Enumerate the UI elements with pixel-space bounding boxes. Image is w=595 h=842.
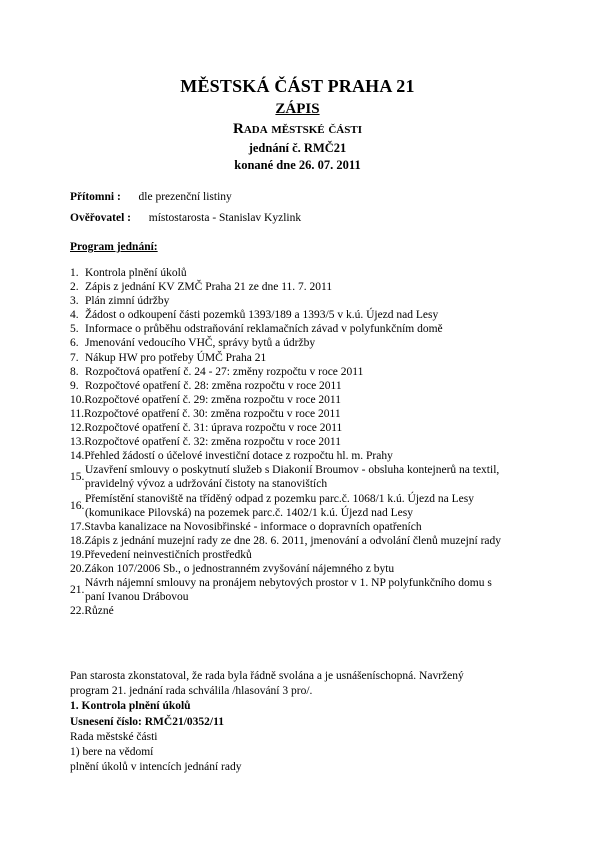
agenda-item-number: 15.: [70, 470, 85, 484]
document-page: MĚSTSKÁ ČÁST PRAHA 21 ZÁPIS Rada městské…: [0, 0, 595, 842]
verifier-value: místostarosta - Stanislav Kyzlink: [149, 212, 301, 224]
agenda-item-text: Rozpočtové opatření č. 32: změna rozpočt…: [84, 436, 341, 448]
agenda-item: 10.Rozpočtové opatření č. 29: změna rozp…: [70, 393, 540, 407]
agenda-item-text: Kontrola plnění úkolů: [85, 267, 187, 279]
agenda-item-number: 3.: [70, 294, 85, 308]
agenda-item-text: Různé: [84, 605, 113, 617]
agenda-item-number: 6.: [70, 336, 85, 350]
resolution-point-text: plnění úkolů v intencích jednání rady: [70, 760, 540, 775]
agenda-item-number: 8.: [70, 365, 85, 379]
agenda-item-text: Rozpočtová opatření č. 24 - 27: změny ro…: [85, 366, 363, 378]
agenda-item-number: 5.: [70, 322, 85, 336]
program-heading: Program jednání:: [70, 240, 158, 254]
agenda-item-text: Zápis z jednání KV ZMČ Praha 21 ze dne 1…: [85, 281, 332, 293]
agenda-item: 8.Rozpočtová opatření č. 24 - 27: změny …: [70, 365, 540, 379]
agenda-item-number: 1.: [70, 266, 85, 280]
agenda-item-number: 7.: [70, 351, 85, 365]
agenda-item: 16.Přemístění stanoviště na tříděný odpa…: [70, 492, 540, 520]
agenda-item: 4.Žádost o odkoupení části pozemků 1393/…: [70, 308, 540, 322]
agenda-item-text: (komunikace Pilovská) na pozemek parc.č.…: [85, 506, 474, 520]
agenda-item-text: Stavba kanalizace na Novosibřinské - inf…: [84, 521, 421, 533]
agenda-item: 5.Informace o průběhu odstraňování rekla…: [70, 322, 540, 336]
agenda-item-number: 2.: [70, 280, 85, 294]
agenda-item-text: Přehled žádostí o účelové investiční dot…: [84, 450, 393, 462]
agenda-item: 21.Návrh nájemní smlouvy na pronájem neb…: [70, 576, 540, 604]
agenda-item-number: 22.: [70, 604, 84, 618]
agenda-item-text: paní Ivanou Drábovou: [85, 590, 492, 604]
agenda-item-text: Žádost o odkoupení části pozemků 1393/18…: [85, 309, 438, 321]
agenda-item: 18.Zápis z jednání muzejní rady ze dne 2…: [70, 534, 540, 548]
agenda-item-text: Informace o průběhu odstraňování reklama…: [85, 323, 443, 335]
agenda-item-number: 17.: [70, 520, 84, 534]
agenda-item: 3.Plán zimní údržby: [70, 294, 540, 308]
resolution-point: 1) bere na vědomí: [70, 745, 540, 760]
agenda-item-text: Uzavření smlouvy o poskytnutí služeb s D…: [85, 463, 499, 477]
agenda-item-text: Rozpočtové opatření č. 29: změna rozpočt…: [84, 394, 341, 406]
meeting-number: jednání č. RMČ21: [0, 141, 595, 156]
section-title: 1. Kontrola plnění úkolů: [70, 699, 540, 714]
council-label: Rada městské části: [70, 730, 540, 745]
agenda-item-text: Nákup HW pro potřeby ÚMČ Praha 21: [85, 352, 266, 364]
agenda-list: 1.Kontrola plnění úkolů2.Zápis z jednání…: [70, 266, 540, 618]
council-heading: Rada městské části: [0, 121, 595, 138]
verifier-row: Ověřovatel : místostarosta - Stanislav K…: [70, 211, 301, 225]
minutes-body: Pan starosta zkonstatoval, že rada byla …: [70, 669, 540, 775]
agenda-item: 9.Rozpočtové opatření č. 28: změna rozpo…: [70, 379, 540, 393]
document-title: MĚSTSKÁ ČÁST PRAHA 21: [0, 76, 595, 97]
agenda-item-number: 4.: [70, 308, 85, 322]
agenda-item: 1.Kontrola plnění úkolů: [70, 266, 540, 280]
agenda-item-number: 10.: [70, 393, 84, 407]
agenda-item-number: 21.: [70, 583, 85, 597]
agenda-item-text: Přemístění stanoviště na tříděný odpad z…: [85, 492, 474, 506]
agenda-item-number: 14.: [70, 449, 84, 463]
present-row: Přítomni : dle prezenční listiny: [70, 190, 232, 204]
agenda-item-text: Zákon 107/2006 Sb., o jednostranném zvyš…: [84, 563, 394, 575]
agenda-item-text: Převedení neinvestičních prostředků: [84, 549, 251, 561]
verifier-label: Ověřovatel :: [70, 212, 131, 224]
agenda-item: 14.Přehled žádostí o účelové investiční …: [70, 449, 540, 463]
agenda-item: 7.Nákup HW pro potřeby ÚMČ Praha 21: [70, 351, 540, 365]
agenda-item-text: Plán zimní údržby: [85, 295, 169, 307]
intro-line-1: Pan starosta zkonstatoval, že rada byla …: [70, 669, 540, 684]
agenda-item-number: 12.: [70, 421, 84, 435]
agenda-item: 22.Různé: [70, 604, 540, 618]
agenda-item-number: 20.: [70, 562, 84, 576]
agenda-item-number: 18.: [70, 534, 84, 548]
agenda-item-text: Návrh nájemní smlouvy na pronájem nebyto…: [85, 576, 492, 590]
intro-line-2: program 21. jednání rada schválila /hlas…: [70, 684, 540, 699]
document-type: ZÁPIS: [0, 101, 595, 118]
resolution-number: Usnesení číslo: RMČ21/0352/11: [70, 715, 540, 730]
agenda-item-number: 16.: [70, 499, 85, 513]
agenda-item-text: Zápis z jednání muzejní rady ze dne 28. …: [84, 535, 501, 547]
agenda-item: 12.Rozpočtové opatření č. 31: úprava roz…: [70, 421, 540, 435]
agenda-item: 15.Uzavření smlouvy o poskytnutí služeb …: [70, 463, 540, 491]
agenda-item-number: 19.: [70, 548, 84, 562]
meeting-date: konané dne 26. 07. 2011: [0, 158, 595, 173]
agenda-item-text: pravidelný vývoz a udržování čistoty na …: [85, 477, 499, 491]
agenda-item: 13.Rozpočtové opatření č. 32: změna rozp…: [70, 435, 540, 449]
agenda-item-text: Jmenování vedoucího VHČ, správy bytů a ú…: [85, 337, 315, 349]
agenda-item-number: 13.: [70, 435, 84, 449]
agenda-item-number: 11.: [70, 407, 84, 421]
present-label: Přítomni :: [70, 191, 121, 203]
agenda-item: 17.Stavba kanalizace na Novosibřinské - …: [70, 520, 540, 534]
agenda-item-number: 9.: [70, 379, 85, 393]
present-value: dle prezenční listiny: [139, 191, 232, 203]
agenda-item-text: Rozpočtové opatření č. 28: změna rozpočt…: [85, 380, 342, 392]
agenda-item: 2.Zápis z jednání KV ZMČ Praha 21 ze dne…: [70, 280, 540, 294]
agenda-item-text: Rozpočtové opatření č. 30: změna rozpočt…: [84, 408, 341, 420]
agenda-item-text: Rozpočtové opatření č. 31: úprava rozpoč…: [84, 422, 342, 434]
agenda-item: 19.Převedení neinvestičních prostředků: [70, 548, 540, 562]
agenda-item: 6.Jmenování vedoucího VHČ, správy bytů a…: [70, 336, 540, 350]
agenda-item: 11.Rozpočtové opatření č. 30: změna rozp…: [70, 407, 540, 421]
agenda-item: 20.Zákon 107/2006 Sb., o jednostranném z…: [70, 562, 540, 576]
